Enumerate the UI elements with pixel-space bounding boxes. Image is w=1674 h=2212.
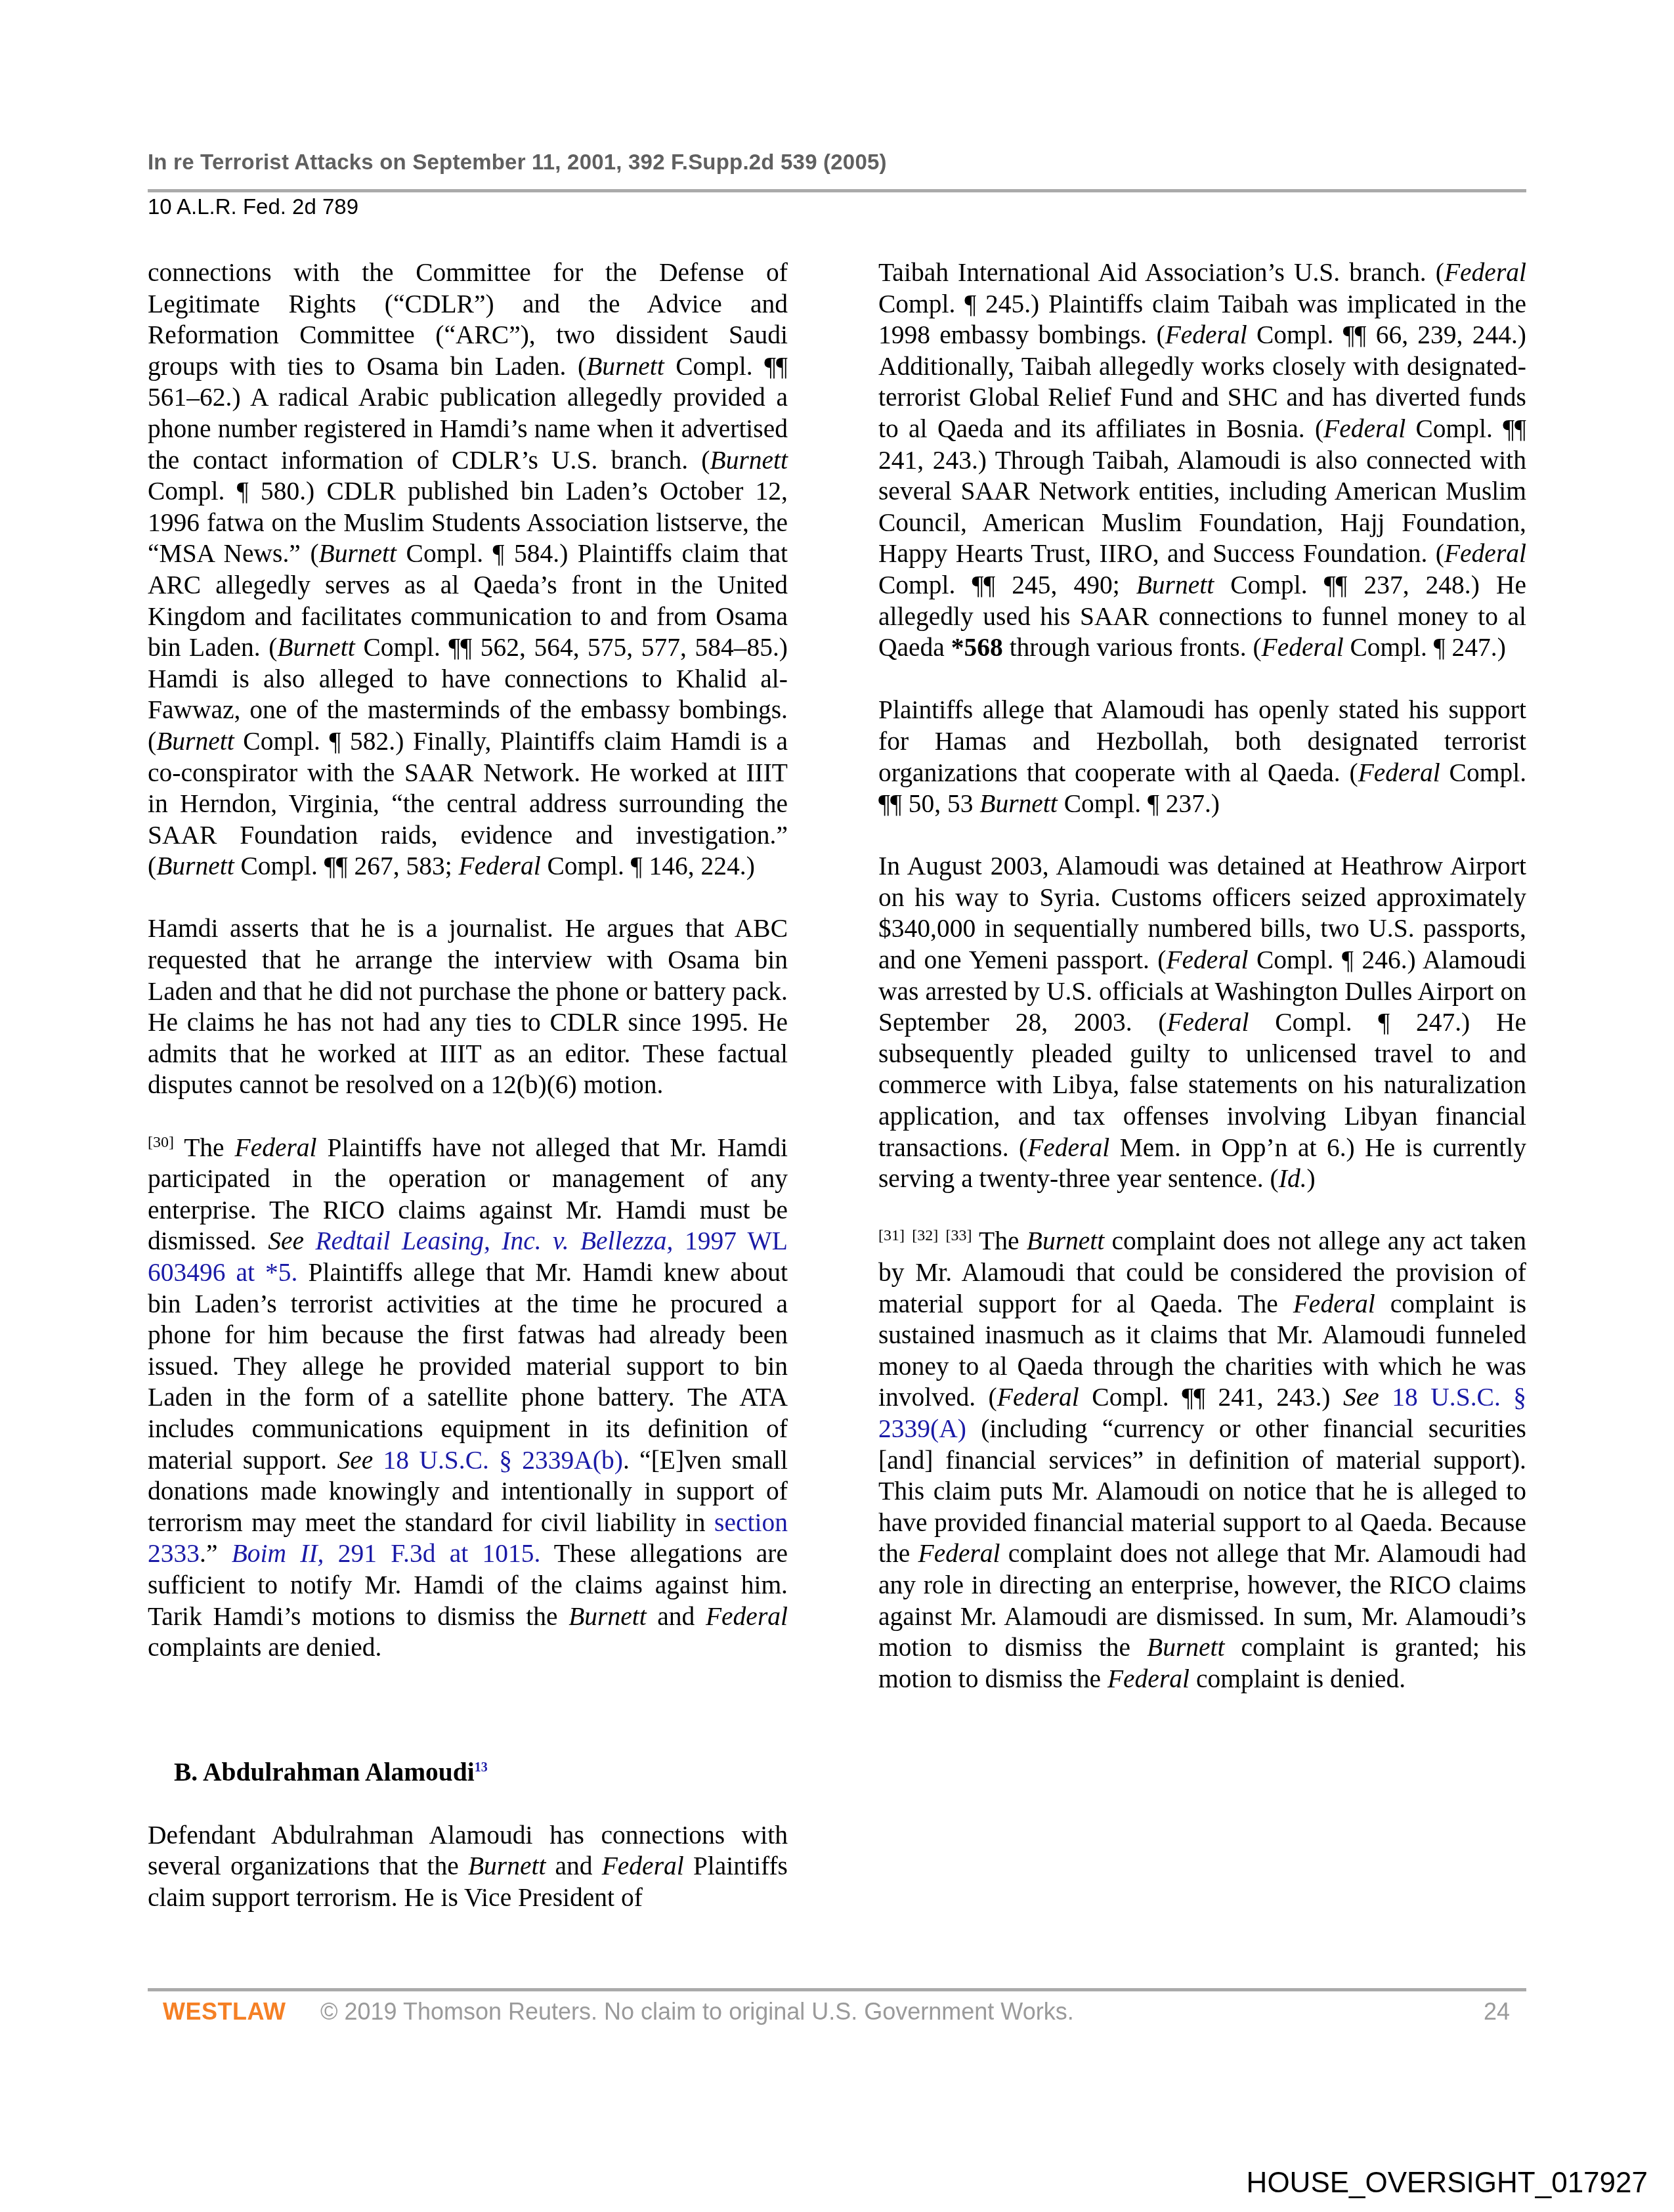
paragraph-taibah: Taibah International Aid Association’s U… bbox=[878, 257, 1526, 664]
text: and bbox=[647, 1602, 706, 1631]
case-name-italic: Federal bbox=[459, 852, 541, 880]
footer-divider bbox=[148, 1988, 1526, 1991]
text: Compl. ¶¶ 267, 583; bbox=[234, 852, 459, 880]
case-name-italic: Federal bbox=[1444, 539, 1526, 568]
case-name-italic: Burnett bbox=[1147, 1633, 1224, 1662]
text: Taibah International Aid Association’s U… bbox=[878, 258, 1444, 287]
case-name-italic: Federal bbox=[1166, 945, 1248, 974]
bates-number: HOUSE_OVERSIGHT_017927 bbox=[1247, 2167, 1648, 2200]
case-name-italic: Burnett bbox=[1027, 1226, 1104, 1255]
headnote-marker-30[interactable]: [30] bbox=[148, 1133, 174, 1150]
citation-link-boim-ii[interactable]: Boim II, 291 F.3d at 1015. bbox=[232, 1539, 541, 1568]
header-divider bbox=[148, 189, 1526, 192]
text bbox=[373, 1446, 383, 1475]
paragraph-hamdi-connections: connections with the Committee for the D… bbox=[148, 257, 788, 882]
headnote-marker-31[interactable]: [31] bbox=[878, 1227, 905, 1244]
case-name-italic: Federal bbox=[1444, 258, 1526, 287]
text: Compl. ¶ 247.) bbox=[1344, 633, 1506, 662]
text: The bbox=[972, 1226, 1027, 1255]
text: Compl. ¶¶ 245, 490; bbox=[878, 571, 1136, 599]
left-column: connections with the Committee for the D… bbox=[148, 257, 788, 1913]
text: Compl. ¶¶ 241, 243.) bbox=[1079, 1383, 1343, 1412]
text: The bbox=[174, 1133, 235, 1162]
case-name-italic: Federal bbox=[1027, 1133, 1109, 1162]
spacer bbox=[148, 1695, 788, 1757]
signal-see: See bbox=[337, 1446, 373, 1475]
case-name-italic: Federal bbox=[997, 1383, 1079, 1412]
citation-link-18-usc-2339a-b[interactable]: 18 U.S.C. § 2339A(b) bbox=[383, 1446, 623, 1475]
case-name-italic: Federal bbox=[235, 1133, 317, 1162]
case-name-italic: Federal bbox=[602, 1852, 684, 1880]
case-name-italic: Federal bbox=[1107, 1664, 1190, 1693]
case-name-italic: Burnett bbox=[468, 1852, 546, 1880]
star-page-marker: *568 bbox=[951, 633, 1003, 662]
text: complaint is denied. bbox=[1190, 1664, 1406, 1693]
text: and bbox=[546, 1852, 601, 1880]
running-header-title: In re Terrorist Attacks on September 11,… bbox=[148, 150, 887, 175]
paragraph-heathrow-detention: In August 2003, Alamoudi was detained at… bbox=[878, 851, 1526, 1195]
paragraph-alamoudi-intro: Defendant Abdulrahman Alamoudi has conne… bbox=[148, 1820, 788, 1914]
case-name-italic: Federal bbox=[1323, 414, 1406, 443]
case-name-italic: Federal bbox=[1165, 320, 1247, 349]
paragraph-hamdi-ruling: [30] The Federal Plaintiffs have not all… bbox=[148, 1133, 788, 1664]
copyright-notice: © 2019 Thomson Reuters. No claim to orig… bbox=[320, 1998, 1074, 2026]
heading-text: B. Abdulrahman Alamoudi bbox=[174, 1758, 475, 1787]
right-column: Taibah International Aid Association’s U… bbox=[878, 257, 1526, 1695]
headnote-marker-33[interactable]: [33] bbox=[946, 1227, 972, 1244]
case-name-italic: Burnett bbox=[277, 633, 354, 662]
text: Compl. ¶ 146, 224.) bbox=[541, 852, 755, 880]
case-name-italic: Burnett bbox=[156, 727, 234, 756]
case-name-italic: Federal bbox=[1262, 633, 1344, 662]
section-heading-alamoudi: B. Abdulrahman Alamoudi13 bbox=[148, 1757, 788, 1789]
text: Compl. ¶ 237.) bbox=[1058, 789, 1220, 818]
paragraph-alamoudi-ruling: [31] [32] [33] The Burnett complaint doe… bbox=[878, 1226, 1526, 1695]
link-text: Redtail Leasing, Inc. v. Bellezza, bbox=[315, 1226, 673, 1255]
case-name-italic: Burnett bbox=[156, 852, 234, 880]
case-name-italic: Federal bbox=[706, 1602, 788, 1631]
page-number: 24 bbox=[1484, 1998, 1510, 2026]
signal-see: See bbox=[1343, 1383, 1379, 1412]
westlaw-logo: WESTLAW bbox=[163, 1998, 286, 2026]
running-header-citation: 10 A.L.R. Fed. 2d 789 bbox=[148, 194, 358, 219]
paragraph-hamdi-response: Hamdi asserts that he is a journalist. H… bbox=[148, 913, 788, 1101]
headnote-marker-32[interactable]: [32] bbox=[912, 1227, 938, 1244]
link-text: Boim II, bbox=[232, 1539, 324, 1568]
text bbox=[1379, 1383, 1392, 1412]
case-name-italic: Burnett bbox=[586, 352, 664, 381]
case-name-italic: Burnett bbox=[1136, 571, 1214, 599]
text: ) bbox=[1307, 1164, 1316, 1193]
case-name-italic: Federal bbox=[918, 1539, 1000, 1568]
case-name-italic: Burnett bbox=[319, 539, 397, 568]
case-name-italic: Federal bbox=[1358, 758, 1440, 787]
text bbox=[304, 1226, 315, 1255]
case-name-italic: Federal bbox=[1167, 1008, 1249, 1037]
text: Plaintiffs allege that Mr. Hamdi knew ab… bbox=[148, 1258, 788, 1475]
case-name-italic: Burnett bbox=[710, 446, 788, 475]
text: complaints are denied. bbox=[148, 1633, 381, 1662]
text: .” bbox=[200, 1539, 232, 1568]
link-text: 291 F.3d at 1015. bbox=[324, 1539, 541, 1568]
text: through various fronts. ( bbox=[1003, 633, 1262, 662]
id-citation-italic: Id. bbox=[1279, 1164, 1307, 1193]
case-name-italic: Burnett bbox=[979, 789, 1057, 818]
signal-see: See bbox=[268, 1226, 304, 1255]
paragraph-hamas-hezbollah: Plaintiffs allege that Alamoudi has open… bbox=[878, 695, 1526, 819]
footnote-link-13[interactable]: 13 bbox=[475, 1760, 488, 1775]
case-name-italic: Burnett bbox=[569, 1602, 646, 1631]
case-name-italic: Federal bbox=[1293, 1290, 1375, 1318]
